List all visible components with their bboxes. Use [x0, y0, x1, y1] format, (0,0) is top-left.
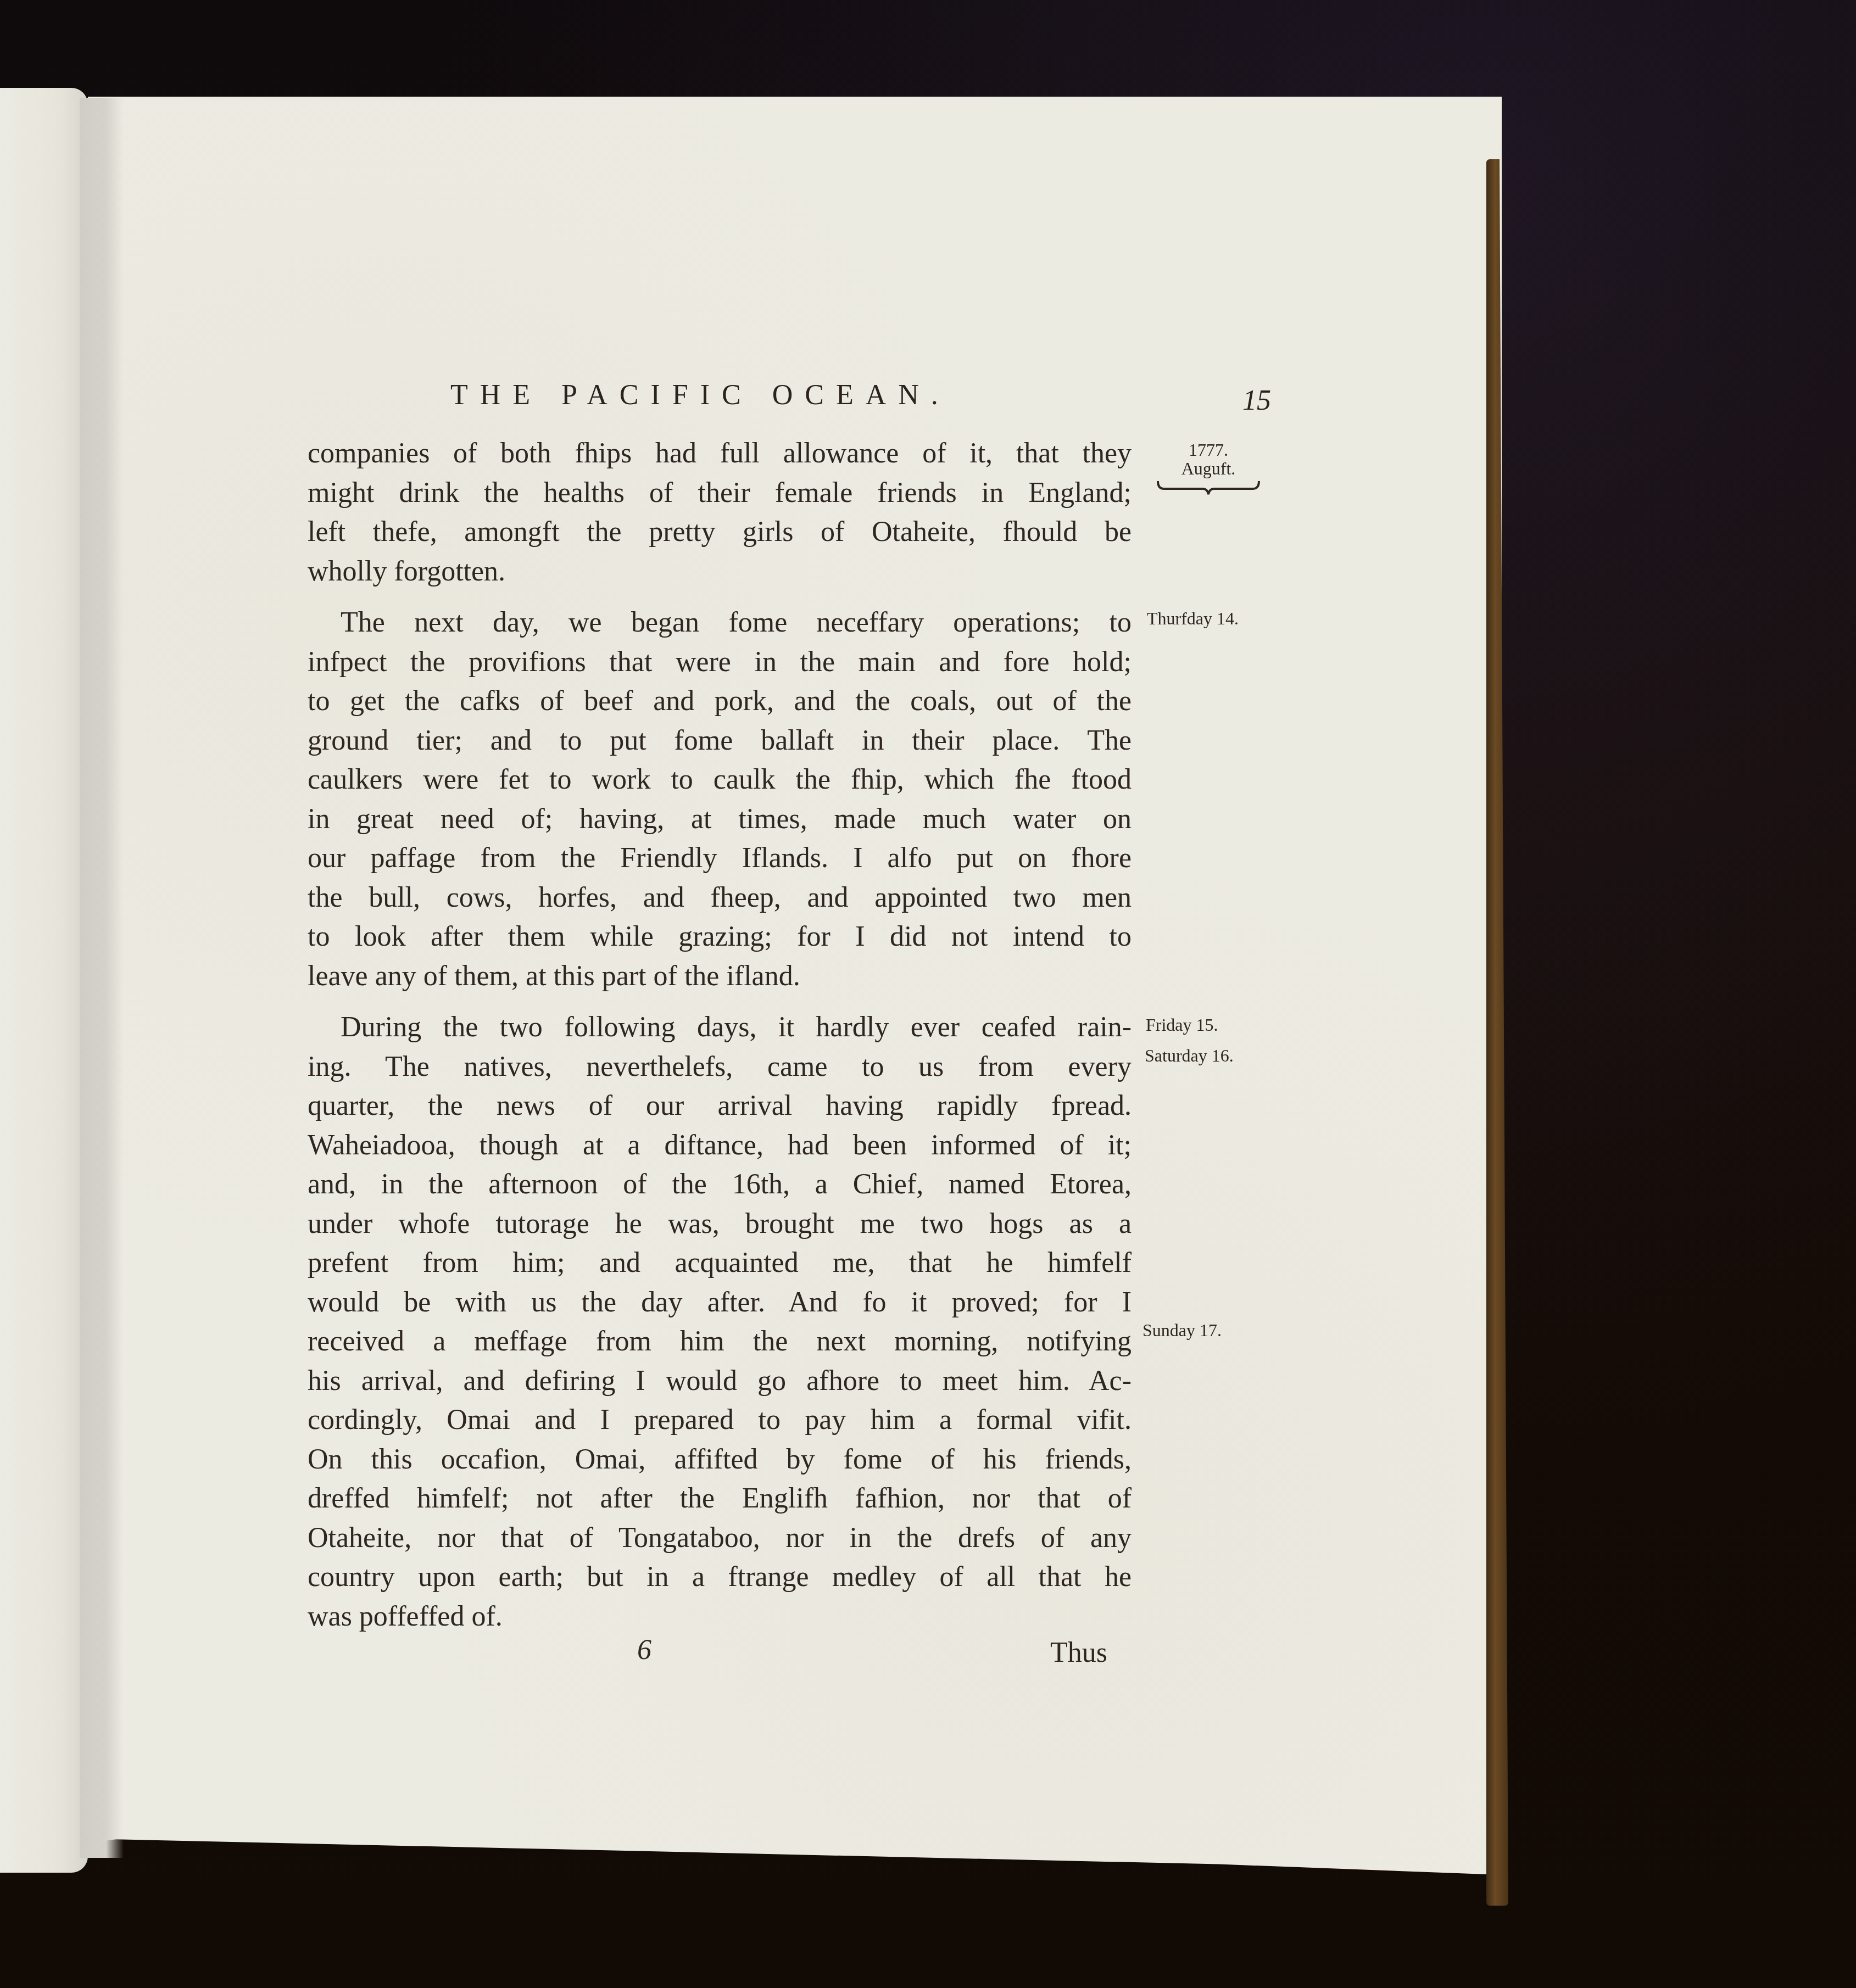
body-text: companies of both fhips had full allowan…	[308, 434, 1132, 1636]
text-line: On this occafion, Omai, affifted by fome…	[308, 1440, 1132, 1479]
signature-mark: 6	[637, 1634, 651, 1666]
curly-brace-icon	[1156, 480, 1261, 495]
marginal-date-saturday: Saturday 16.	[1145, 1046, 1234, 1066]
page-number: 15	[1242, 384, 1271, 417]
text-line: his arrival, and defiring I would go afh…	[308, 1361, 1132, 1401]
marginal-year: 1777.	[1153, 440, 1263, 459]
text-line: quarter, the news of our arrival having …	[308, 1086, 1132, 1126]
text-line: ground tier; and to put fome ballaft in …	[308, 721, 1132, 761]
text-line: dreffed himfelf; not after the Englifh f…	[308, 1479, 1132, 1518]
marginal-date-sunday: Sunday 17.	[1142, 1320, 1222, 1341]
text-line: The next day, we began fome neceffary op…	[308, 603, 1132, 643]
text-line: received a meffage from him the next mor…	[308, 1322, 1132, 1361]
left-page-edge	[0, 88, 88, 1873]
text-line: Waheiadooa, though at a diftance, had be…	[308, 1126, 1132, 1165]
text-line: infpect the provifions that were in the …	[308, 643, 1132, 682]
text-line: our paffage from the Friendly Iflands. I…	[308, 839, 1132, 878]
text-line: companies of both fhips had full allowan…	[308, 434, 1132, 473]
text-line: cordingly, Omai and I prepared to pay hi…	[308, 1400, 1132, 1440]
text-line: and, in the afternoon of the 16th, a Chi…	[308, 1165, 1132, 1204]
text-line: the bull, cows, horfes, and fheep, and a…	[308, 878, 1132, 918]
text-line: caulkers were fet to work to caulk the f…	[308, 760, 1132, 800]
text-line: to get the cafks of beef and pork, and t…	[308, 682, 1132, 721]
text-line: was poffeffed of.	[308, 1597, 1132, 1637]
marginal-date-header: 1777. Auguft.	[1153, 440, 1263, 495]
text-line: leave any of them, at this part of the i…	[308, 957, 1132, 996]
text-line: might drink the healths of their female …	[308, 473, 1132, 513]
text-line: ing. The natives, neverthelefs, came to …	[308, 1047, 1132, 1087]
marginal-date-friday: Friday 15.	[1146, 1015, 1218, 1035]
text-line: During the two following days, it hardly…	[308, 1008, 1132, 1047]
text-line: country upon earth; but in a ftrange med…	[308, 1557, 1132, 1597]
marginal-month: Auguft.	[1153, 459, 1263, 478]
text-line: to look after them while grazing; for I …	[308, 917, 1132, 957]
text-line: in great need of; having, at times, made…	[308, 800, 1132, 839]
text-line: left thefe, amongft the pretty girls of …	[308, 512, 1132, 552]
catchword: Thus	[1050, 1637, 1107, 1669]
text-line: Otaheite, nor that of Tongataboo, nor in…	[308, 1518, 1132, 1558]
gutter-shadow	[80, 98, 124, 1858]
text-line: would be with us the day after. And fo i…	[308, 1283, 1132, 1322]
text-line: under whofe tutorage he was, brought me …	[308, 1204, 1132, 1244]
marginal-date-thursday: Thurfday 14.	[1147, 608, 1239, 629]
text-line: prefent from him; and acquainted me, tha…	[308, 1243, 1132, 1283]
text-line: wholly forgotten.	[308, 552, 1132, 591]
running-head: THE PACIFIC OCEAN.	[450, 379, 950, 411]
